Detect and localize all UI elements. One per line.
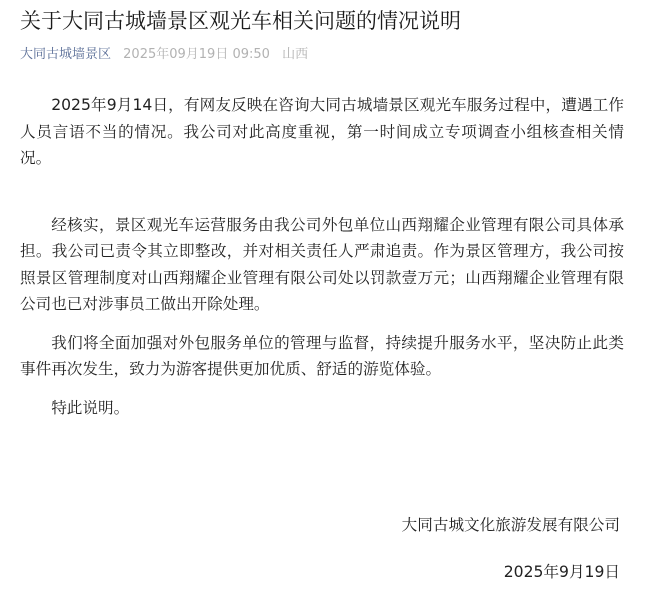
paragraph-incident: 2025年9月14日，有网友反映在咨询大同古城墙景区观光车服务过程中，遭遇工作人… <box>20 92 624 172</box>
paragraph-commitment: 我们将全面加强对外包服务单位的管理与监督，持续提升服务水平，坚决防止此类事件再次… <box>20 330 624 383</box>
signature-block: 大同古城文化旅游发展有限公司 2025年9月19日 <box>402 512 620 585</box>
article-title: 关于大同古城墙景区观光车相关问题的情况说明 <box>20 6 461 36</box>
signature-date: 2025年9月19日 <box>402 559 620 585</box>
article-body: 2025年9月14日，有网友反映在咨询大同古城墙景区观光车服务过程中，遭遇工作人… <box>20 92 624 421</box>
publish-region: 山西 <box>282 47 308 62</box>
publish-time: 2025年09月19日 09:50 <box>123 47 270 62</box>
article-meta: 大同古城墙景区 2025年09月19日 09:50 山西 <box>20 45 308 65</box>
source-account-link[interactable]: 大同古城墙景区 <box>20 47 111 62</box>
paragraph-closing: 特此说明。 <box>20 395 624 422</box>
signature-company: 大同古城文化旅游发展有限公司 <box>402 512 620 538</box>
paragraph-findings: 经核实，景区观光车运营服务由我公司外包单位山西翔耀企业管理有限公司具体承担。我公… <box>20 212 624 318</box>
article: 关于大同古城墙景区观光车相关问题的情况说明 大同古城墙景区 2025年09月19… <box>0 0 660 609</box>
